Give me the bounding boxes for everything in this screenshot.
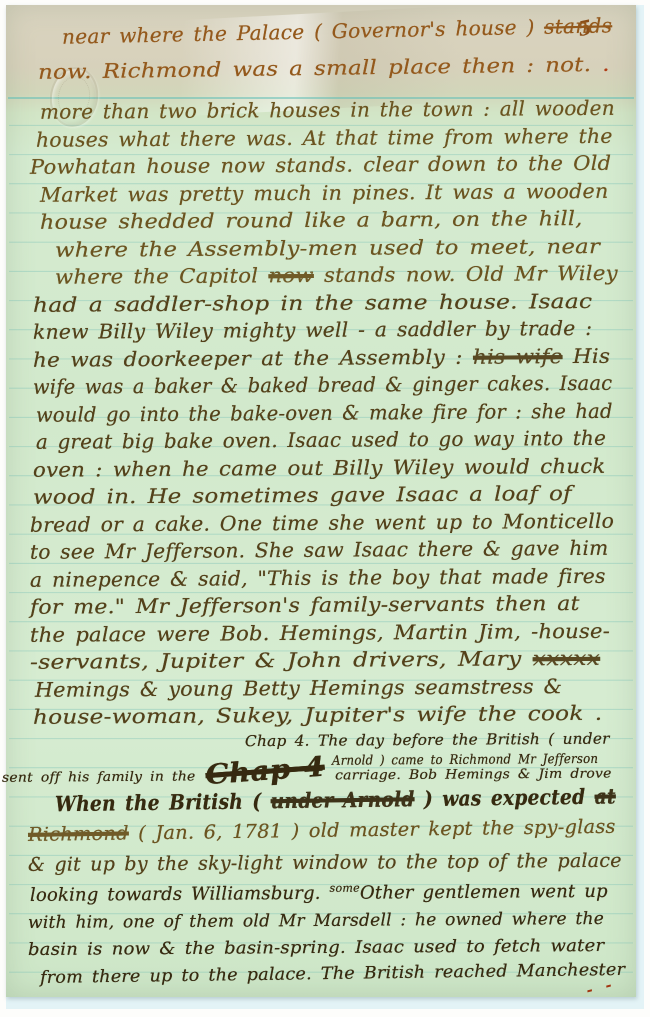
manuscript-line: house-woman, Sukey, Jupiter's wife the c… — [33, 701, 602, 729]
handwritten-text: where the Capitol — [55, 263, 269, 288]
handwritten-text: His — [562, 344, 610, 368]
manuscript-line: near where the Palace ( Governor's house… — [62, 13, 613, 49]
manuscript-line: houses what there was. At that time from… — [36, 124, 613, 152]
handwritten-text: now. Richmond was a small place then : n… — [38, 52, 592, 84]
manuscript-line: looking towards Williamsburg. someOther … — [30, 880, 608, 906]
handwritten-text: sent off his family in the — [2, 769, 204, 785]
manuscript-line: knew Billy Wiley mighty well - a saddler… — [33, 316, 592, 344]
handwritten-text: to see Mr Jefferson. She saw Isaac there… — [30, 536, 609, 564]
handwritten-text: . — [591, 52, 610, 76]
struck-text: at — [594, 783, 615, 808]
manuscript-line: a great big bake oven. Isaac used to go … — [36, 426, 606, 454]
handwritten-text: Market was pretty much in pines. It was … — [40, 179, 609, 207]
handwritten-text: more than two brick houses in the town :… — [40, 96, 615, 124]
handwritten-text: wood in. He sometimes gave Isaac a loaf … — [33, 481, 572, 509]
manuscript-line: Powhatan house now stands. clear down to… — [30, 151, 611, 179]
handwritten-text: bread or a cake. One time she went up to… — [30, 509, 614, 537]
manuscript-line: basin is now & the basin-spring. Isaac u… — [28, 936, 604, 960]
handwritten-text: near where the Palace ( Governor's house… — [62, 15, 545, 49]
manuscript-line: where the Capitol now stands now. Old Mr… — [55, 261, 618, 289]
handwritten-text: he was doorkeeper at the Assembly : — [33, 345, 473, 372]
manuscript-line: sent off his family in the Chap 4 carria… — [2, 766, 612, 785]
handwritten-text: some — [329, 882, 359, 895]
handwritten-text: a great big bake oven. Isaac used to go … — [36, 426, 606, 454]
manuscript-line: a ninepence & said, "This is the boy tha… — [30, 564, 606, 592]
handwritten-text: wife was a baker & baked bread & ginger … — [33, 371, 612, 399]
manuscript-line: Hemings & young Betty Hemings seamstress… — [35, 674, 562, 702]
manuscript-line: wood in. He sometimes gave Isaac a loaf … — [33, 481, 572, 509]
handwritten-text: basin is now & the basin-spring. Isaac u… — [28, 936, 604, 960]
handwritten-text: knew Billy Wiley mighty well - a saddler… — [33, 316, 592, 344]
manuscript-line: had a saddler-shop in the same house. Is… — [33, 289, 592, 317]
manuscript-line: When the British ( under Arnold ) was ex… — [55, 783, 616, 816]
handwritten-text: Chap 4 — [206, 767, 325, 776]
handwritten-text: a ninepence & said, "This is the boy tha… — [30, 564, 606, 592]
handwritten-text: & git up by the sky-light window to the … — [28, 850, 622, 876]
handwritten-text: houses what there was. At that time from… — [36, 124, 613, 152]
handwritten-text: Hemings & young Betty Hemings seamstress… — [35, 674, 562, 702]
manuscript-line: wife was a baker & baked bread & ginger … — [33, 371, 612, 399]
struck-text: Richmond — [28, 822, 129, 845]
manuscript-line: & git up by the sky-light window to the … — [28, 850, 622, 876]
manuscript-line: more than two brick houses in the town :… — [40, 96, 615, 124]
struck-text: under Arnold — [271, 786, 415, 813]
manuscript-line: Richmond ( Jan. 6, 1781 ) old master kep… — [28, 816, 616, 846]
handwritten-text: looking towards Williamsburg. — [30, 883, 330, 906]
manuscript-line: to see Mr Jefferson. She saw Isaac there… — [30, 536, 609, 564]
struck-text: his wife — [473, 344, 563, 369]
handwritten-text: ) was expected — [414, 784, 594, 812]
struck-text: now — [268, 263, 314, 287]
handwritten-text: the palace were Bob. Hemings, Martin Jim… — [30, 619, 610, 647]
handwritten-text: carriage. Bob Hemings & Jim drove — [327, 766, 612, 783]
handwritten-text: would go into the bake-oven & make fire … — [36, 399, 613, 427]
manuscript-line: would go into the bake-oven & make fire … — [36, 399, 613, 427]
handwritten-text: Powhatan house now stands. clear down to… — [30, 151, 611, 179]
handwritten-text: house shedded round like a barn, on the … — [40, 206, 583, 234]
handwritten-text: from there up to the palace. The British… — [40, 960, 625, 988]
manuscript-line: for me." Mr Jefferson's family-servants … — [30, 591, 580, 619]
manuscript-line: oven : when he came out Billy Wiley woul… — [33, 454, 606, 482]
handwritten-text: stands now. Old Mr Wiley — [314, 261, 618, 287]
manuscript-line: he was doorkeeper at the Assembly : his … — [33, 344, 610, 372]
handwritten-text: had a saddler-shop in the same house. Is… — [33, 289, 592, 317]
manuscript-line: Market was pretty much in pines. It was … — [40, 179, 609, 207]
handwritten-text: When the British ( — [55, 788, 271, 816]
handwritten-text: house-woman, Sukey, Jupiter's wife the c… — [33, 701, 602, 729]
manuscript-line: the palace were Bob. Hemings, Martin Jim… — [30, 619, 610, 647]
manuscript-line: house shedded round like a barn, on the … — [40, 206, 583, 234]
struck-text: stands — [544, 13, 612, 38]
handwritten-text: -servants, Jupiter & John drivers, Mary — [30, 646, 533, 674]
handwritten-text: ( Jan. 6, 1781 ) old master kept the spy… — [129, 816, 616, 845]
manuscript-line: -servants, Jupiter & John drivers, Mary … — [30, 646, 600, 674]
manuscript-line: with him, one of them old Mr Marsdell : … — [28, 909, 604, 933]
manuscript-line: from there up to the palace. The British… — [40, 960, 625, 988]
handwritten-text: Chap 4. The day before the British ( und… — [245, 730, 610, 751]
handwritten-text: for me." Mr Jefferson's family-servants … — [30, 591, 580, 619]
manuscript-lines: near where the Palace ( Governor's house… — [0, 0, 650, 1017]
manuscript-line: now. Richmond was a small place then : n… — [38, 52, 610, 84]
manuscript-line: Chap 4. The day before the British ( und… — [245, 730, 610, 751]
struck-text: xxxxx — [533, 646, 601, 670]
handwritten-text: with him, one of them old Mr Marsdell : … — [28, 909, 604, 933]
manuscript-line: where the Assembly-men used to meet, nea… — [55, 234, 600, 262]
handwritten-text: Other gentlemen went up — [360, 881, 608, 904]
handwritten-text: where the Assembly-men used to meet, nea… — [55, 234, 600, 262]
manuscript-line: bread or a cake. One time she went up to… — [30, 509, 614, 537]
handwritten-text: oven : when he came out Billy Wiley woul… — [33, 454, 606, 482]
